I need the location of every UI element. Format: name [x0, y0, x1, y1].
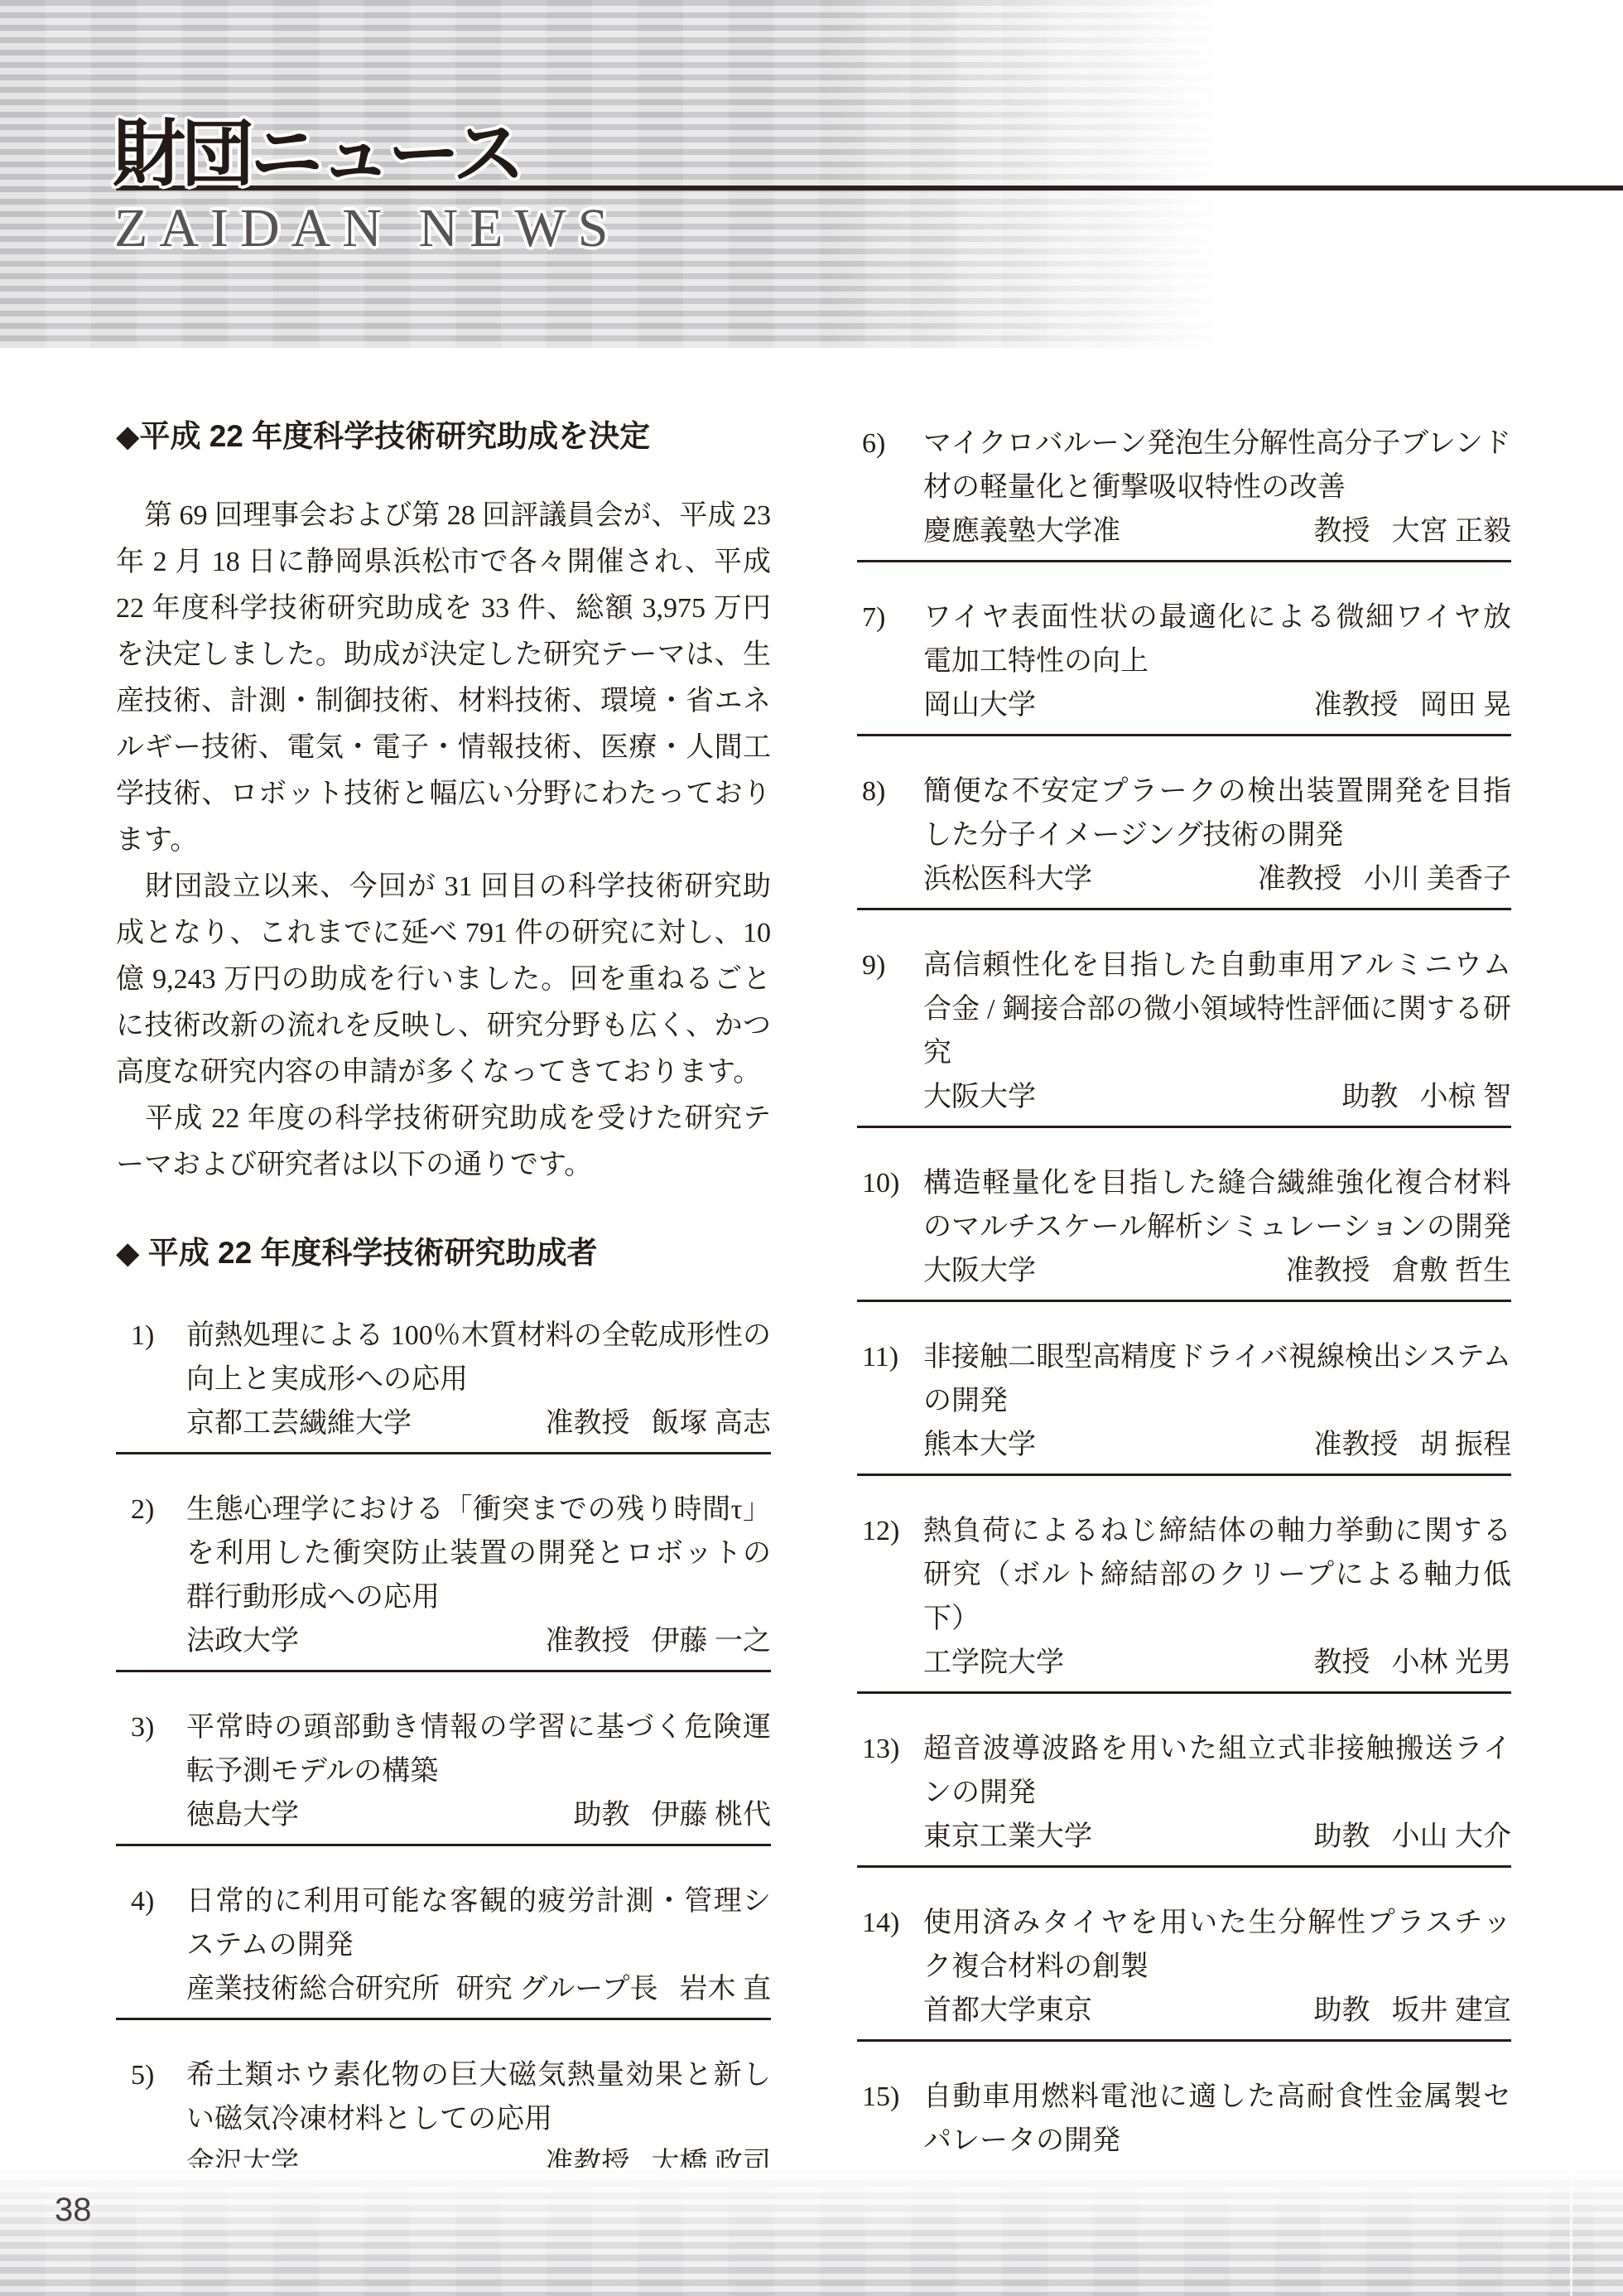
grant-item: 9) 高信頼性化を目指した自動車用アルミニウム合金 / 鋼接合部の微小領域特性評… [857, 943, 1511, 1128]
grant-institution: 岡山大学 [923, 683, 1036, 727]
grant-role: 准教授 [1258, 864, 1342, 895]
grant-institution: 産業技術総合研究所 [186, 1967, 440, 2011]
grant-title: 生態心理学における「衝突までの残り時間τ」を利用した衝突防止装置の開発とロボット… [186, 1488, 771, 1619]
grant-institution: 工学院大学 [923, 1641, 1064, 1685]
grant-number: 5) [131, 2053, 154, 2097]
grant-number: 13) [862, 1727, 899, 1771]
page-title-japanese: 財団ニュース [113, 96, 522, 200]
grant-number: 4) [131, 1879, 154, 1923]
grant-list-right: 6) マイクロバルーン発泡生分解性高分子ブレンド材の軽量化と衝撃吸収特性の改善 … [857, 422, 1511, 2216]
grant-affiliation-row: 産業技術総合研究所 研究 グループ長岩木 直 [186, 1967, 771, 2011]
grant-number: 3) [131, 1705, 154, 1749]
grant-person: 研究 グループ長岩木 直 [456, 1967, 771, 2011]
grant-item: 4) 日常的に利用可能な客観的疲労計測・管理システムの開発 産業技術総合研究所 … [116, 1879, 771, 2020]
grant-role: 助教 [1342, 1082, 1399, 1112]
grant-person: 助教伊藤 桃代 [574, 1793, 772, 1837]
grant-researcher-name: 岩木 直 [680, 1974, 772, 2004]
grant-affiliation-row: 浜松医科大学 准教授小川 美香子 [923, 857, 1511, 901]
grant-affiliation-row: 工学院大学 教授小林 光男 [923, 1641, 1511, 1685]
separator-line [857, 2039, 1511, 2042]
grant-person: 准教授岡田 晃 [1314, 683, 1512, 727]
grant-affiliation-row: 慶應義塾大学准 教授大宮 正毅 [923, 509, 1511, 553]
article-paragraph: 第 69 回理事会および第 28 回評議員会が、平成 23 年 2 月 18 日… [116, 493, 771, 864]
separator-line [857, 1300, 1511, 1302]
grant-institution: 熊本大学 [923, 1423, 1036, 1467]
grant-role: 助教 [574, 1800, 630, 1831]
grant-researcher-name: 坂井 建宣 [1392, 1995, 1512, 2026]
footer-seam-line [1570, 2172, 1572, 2296]
separator-line [857, 1691, 1511, 1694]
grant-researcher-name: 大宮 正毅 [1392, 516, 1512, 547]
grant-affiliation-row: 首都大学東京 助教坂井 建宣 [923, 1989, 1511, 2033]
grant-role: 助教 [1314, 1995, 1370, 2026]
grant-title: 簡便な不安定プラークの検出装置開発を目指した分子イメージング技術の開発 [923, 769, 1511, 857]
grant-item: 14) 使用済みタイヤを用いた生分解性プラスチック複合材料の創製 首都大学東京 … [857, 1901, 1511, 2042]
grant-person: 教授大宮 正毅 [1314, 509, 1512, 553]
article-heading: ◆平成 22 年度科学技術研究助成を決定 [116, 418, 771, 455]
page-number: 38 [55, 2192, 92, 2229]
grant-institution: 東京工業大学 [923, 1815, 1092, 1859]
grant-title: ワイヤ表面性状の最適化による微細ワイヤ放電加工特性の向上 [923, 596, 1511, 683]
grant-item: 1) 前熱処理による 100％木質材料の全乾成形性の向上と実成形への応用 京都工… [116, 1314, 771, 1454]
grant-institution: 慶應義塾大学准 [923, 509, 1120, 553]
separator-line [116, 1452, 771, 1454]
grant-title: 非接触二眼型高精度ドライバ視線検出システムの開発 [923, 1335, 1511, 1423]
article-paragraph: 財団設立以来、今回が 31 回目の科学技術研究助成となり、これまでに延べ 791… [116, 864, 771, 1096]
grant-number: 11) [862, 1335, 898, 1379]
grant-number: 14) [862, 1901, 899, 1945]
grant-affiliation-row: 東京工業大学 助教小山 大介 [923, 1815, 1511, 1859]
left-column: ◆平成 22 年度科学技術研究助成を決定 第 69 回理事会および第 28 回評… [116, 418, 771, 2227]
grant-institution: 浜松医科大学 [923, 857, 1092, 901]
separator-line [116, 1670, 771, 1672]
separator-line [857, 1474, 1511, 1476]
grant-number: 12) [862, 1509, 899, 1553]
separator-line [857, 908, 1511, 910]
grant-researcher-name: 伊藤 一之 [652, 1626, 772, 1657]
grant-role: 准教授 [1286, 1256, 1370, 1286]
grant-institution: 京都工芸繊維大学 [186, 1401, 412, 1445]
grant-affiliation-row: 京都工芸繊維大学 准教授飯塚 高志 [186, 1401, 771, 1445]
grant-affiliation-row: 大阪大学 助教小椋 智 [923, 1075, 1511, 1119]
separator-line [857, 560, 1511, 562]
grant-researcher-name: 小林 光男 [1392, 1647, 1512, 1678]
grant-researcher-name: 伊藤 桃代 [652, 1800, 772, 1831]
grant-person: 准教授小川 美香子 [1258, 857, 1512, 901]
grant-item: 3) 平常時の頭部動き情報の学習に基づく危険運転予測モデルの構築 徳島大学 助教… [116, 1705, 771, 1846]
grant-item: 11) 非接触二眼型高精度ドライバ視線検出システムの開発 熊本大学 准教授胡 振… [857, 1335, 1511, 1476]
grant-title: 構造軽量化を目指した縫合繊維強化複合材料のマルチスケール解析シミュレーションの開… [923, 1161, 1511, 1249]
grant-affiliation-row: 徳島大学 助教伊藤 桃代 [186, 1793, 771, 1837]
grant-institution: 法政大学 [186, 1619, 299, 1663]
grant-person: 助教小椋 智 [1342, 1075, 1512, 1119]
grant-title: 超音波導波路を用いた組立式非接触搬送ラインの開発 [923, 1727, 1511, 1815]
grant-title: 希土類ホウ素化物の巨大磁気熱量効果と新しい磁気冷凍材料としての応用 [186, 2053, 771, 2141]
grant-affiliation-row: 熊本大学 准教授胡 振程 [923, 1423, 1511, 1467]
newsletter-page: 財団ニュース ZAIDAN NEWS ◆平成 22 年度科学技術研究助成を決定 … [0, 0, 1623, 2296]
grant-title: 平常時の頭部動き情報の学習に基づく危険運転予測モデルの構築 [186, 1705, 771, 1793]
grant-affiliation-row: 法政大学 准教授伊藤 一之 [186, 1619, 771, 1663]
grant-title: 使用済みタイヤを用いた生分解性プラスチック複合材料の創製 [923, 1901, 1511, 1989]
page-title-english: ZAIDAN NEWS [114, 197, 619, 260]
grant-researcher-name: 胡 振程 [1420, 1430, 1512, 1460]
grant-person: 助教小山 大介 [1314, 1815, 1512, 1859]
grant-number: 10) [862, 1161, 899, 1205]
grant-item: 2) 生態心理学における「衝突までの残り時間τ」を利用した衝突防止装置の開発とロ… [116, 1488, 771, 1672]
separator-line [116, 2018, 771, 2020]
grant-title: 熱負荷によるねじ締結体の軸力挙動に関する研究（ボルト締結部のクリープによる軸力低… [923, 1509, 1511, 1641]
grant-title: 日常的に利用可能な客観的疲労計測・管理システムの開発 [186, 1879, 771, 1967]
separator-line [116, 1844, 771, 1846]
grant-role: 准教授 [546, 1408, 630, 1439]
article-paragraph: 平成 22 年度の科学技術研究助成を受けた研究テーマおよび研究者は以下の通りです… [116, 1096, 771, 1189]
grant-researcher-name: 小山 大介 [1392, 1821, 1512, 1852]
grant-number: 8) [862, 769, 885, 813]
separator-line [857, 734, 1511, 736]
grant-affiliation-row: 岡山大学 准教授岡田 晃 [923, 683, 1511, 727]
grant-number: 7) [862, 596, 885, 639]
grant-number: 1) [131, 1314, 154, 1358]
grant-role: 准教授 [546, 1626, 630, 1657]
grant-person: 准教授胡 振程 [1314, 1423, 1512, 1467]
grant-researcher-name: 小椋 智 [1420, 1082, 1512, 1112]
grant-institution: 首都大学東京 [923, 1989, 1092, 2033]
grant-researcher-name: 飯塚 高志 [652, 1408, 772, 1439]
grant-person: 教授小林 光男 [1314, 1641, 1512, 1685]
grant-institution: 大阪大学 [923, 1075, 1036, 1119]
grant-institution: 徳島大学 [186, 1793, 299, 1837]
grant-title: マイクロバルーン発泡生分解性高分子ブレンド材の軽量化と衝撃吸収特性の改善 [923, 422, 1511, 509]
grant-number: 9) [862, 943, 885, 987]
grant-list-left: 1) 前熱処理による 100％木質材料の全乾成形性の向上と実成形への応用 京都工… [116, 1314, 771, 2194]
separator-line [857, 1865, 1511, 1868]
right-column: 6) マイクロバルーン発泡生分解性高分子ブレンド材の軽量化と衝撃吸収特性の改善 … [857, 422, 1511, 2249]
grant-title: 高信頼性化を目指した自動車用アルミニウム合金 / 鋼接合部の微小領域特性評価に関… [923, 943, 1511, 1075]
separator-line [857, 1126, 1511, 1128]
grant-researcher-name: 岡田 晃 [1420, 690, 1512, 721]
grant-role: 准教授 [1314, 1430, 1399, 1460]
grant-item: 7) ワイヤ表面性状の最適化による微細ワイヤ放電加工特性の向上 岡山大学 准教授… [857, 596, 1511, 736]
grant-role: 研究 グループ長 [456, 1974, 658, 2004]
grant-item: 12) 熱負荷によるねじ締結体の軸力挙動に関する研究（ボルト締結部のクリープによ… [857, 1509, 1511, 1694]
grant-list-heading: ◆ 平成 22 年度科学技術研究助成者 [116, 1235, 771, 1271]
grant-item: 10) 構造軽量化を目指した縫合繊維強化複合材料のマルチスケール解析シミュレーシ… [857, 1161, 1511, 1302]
grant-item: 13) 超音波導波路を用いた組立式非接触搬送ラインの開発 東京工業大学 助教小山… [857, 1727, 1511, 1868]
grant-item: 8) 簡便な不安定プラークの検出装置開発を目指した分子イメージング技術の開発 浜… [857, 769, 1511, 910]
grant-role: 教授 [1314, 516, 1370, 547]
grant-item: 6) マイクロバルーン発泡生分解性高分子ブレンド材の軽量化と衝撃吸収特性の改善 … [857, 422, 1511, 562]
grant-title: 前熱処理による 100％木質材料の全乾成形性の向上と実成形への応用 [186, 1314, 771, 1401]
grant-number: 2) [131, 1488, 154, 1531]
grant-researcher-name: 小川 美香子 [1364, 864, 1512, 895]
grant-person: 准教授飯塚 高志 [546, 1401, 772, 1445]
grant-person: 准教授伊藤 一之 [546, 1619, 772, 1663]
grant-role: 教授 [1314, 1647, 1370, 1678]
grant-institution: 大阪大学 [923, 1249, 1036, 1293]
grant-person: 准教授倉敷 哲生 [1286, 1249, 1512, 1293]
grant-affiliation-row: 大阪大学 准教授倉敷 哲生 [923, 1249, 1511, 1293]
grant-title: 自動車用燃料電池に適した高耐食性金属製セパレータの開発 [923, 2075, 1511, 2163]
grant-person: 助教坂井 建宣 [1314, 1989, 1512, 2033]
footer-stripe-band [0, 2168, 1623, 2296]
grant-role: 助教 [1314, 1821, 1370, 1852]
grant-number: 15) [862, 2075, 899, 2119]
grant-researcher-name: 倉敷 哲生 [1392, 1256, 1512, 1286]
grant-number: 6) [862, 422, 885, 465]
grant-role: 准教授 [1314, 690, 1399, 721]
